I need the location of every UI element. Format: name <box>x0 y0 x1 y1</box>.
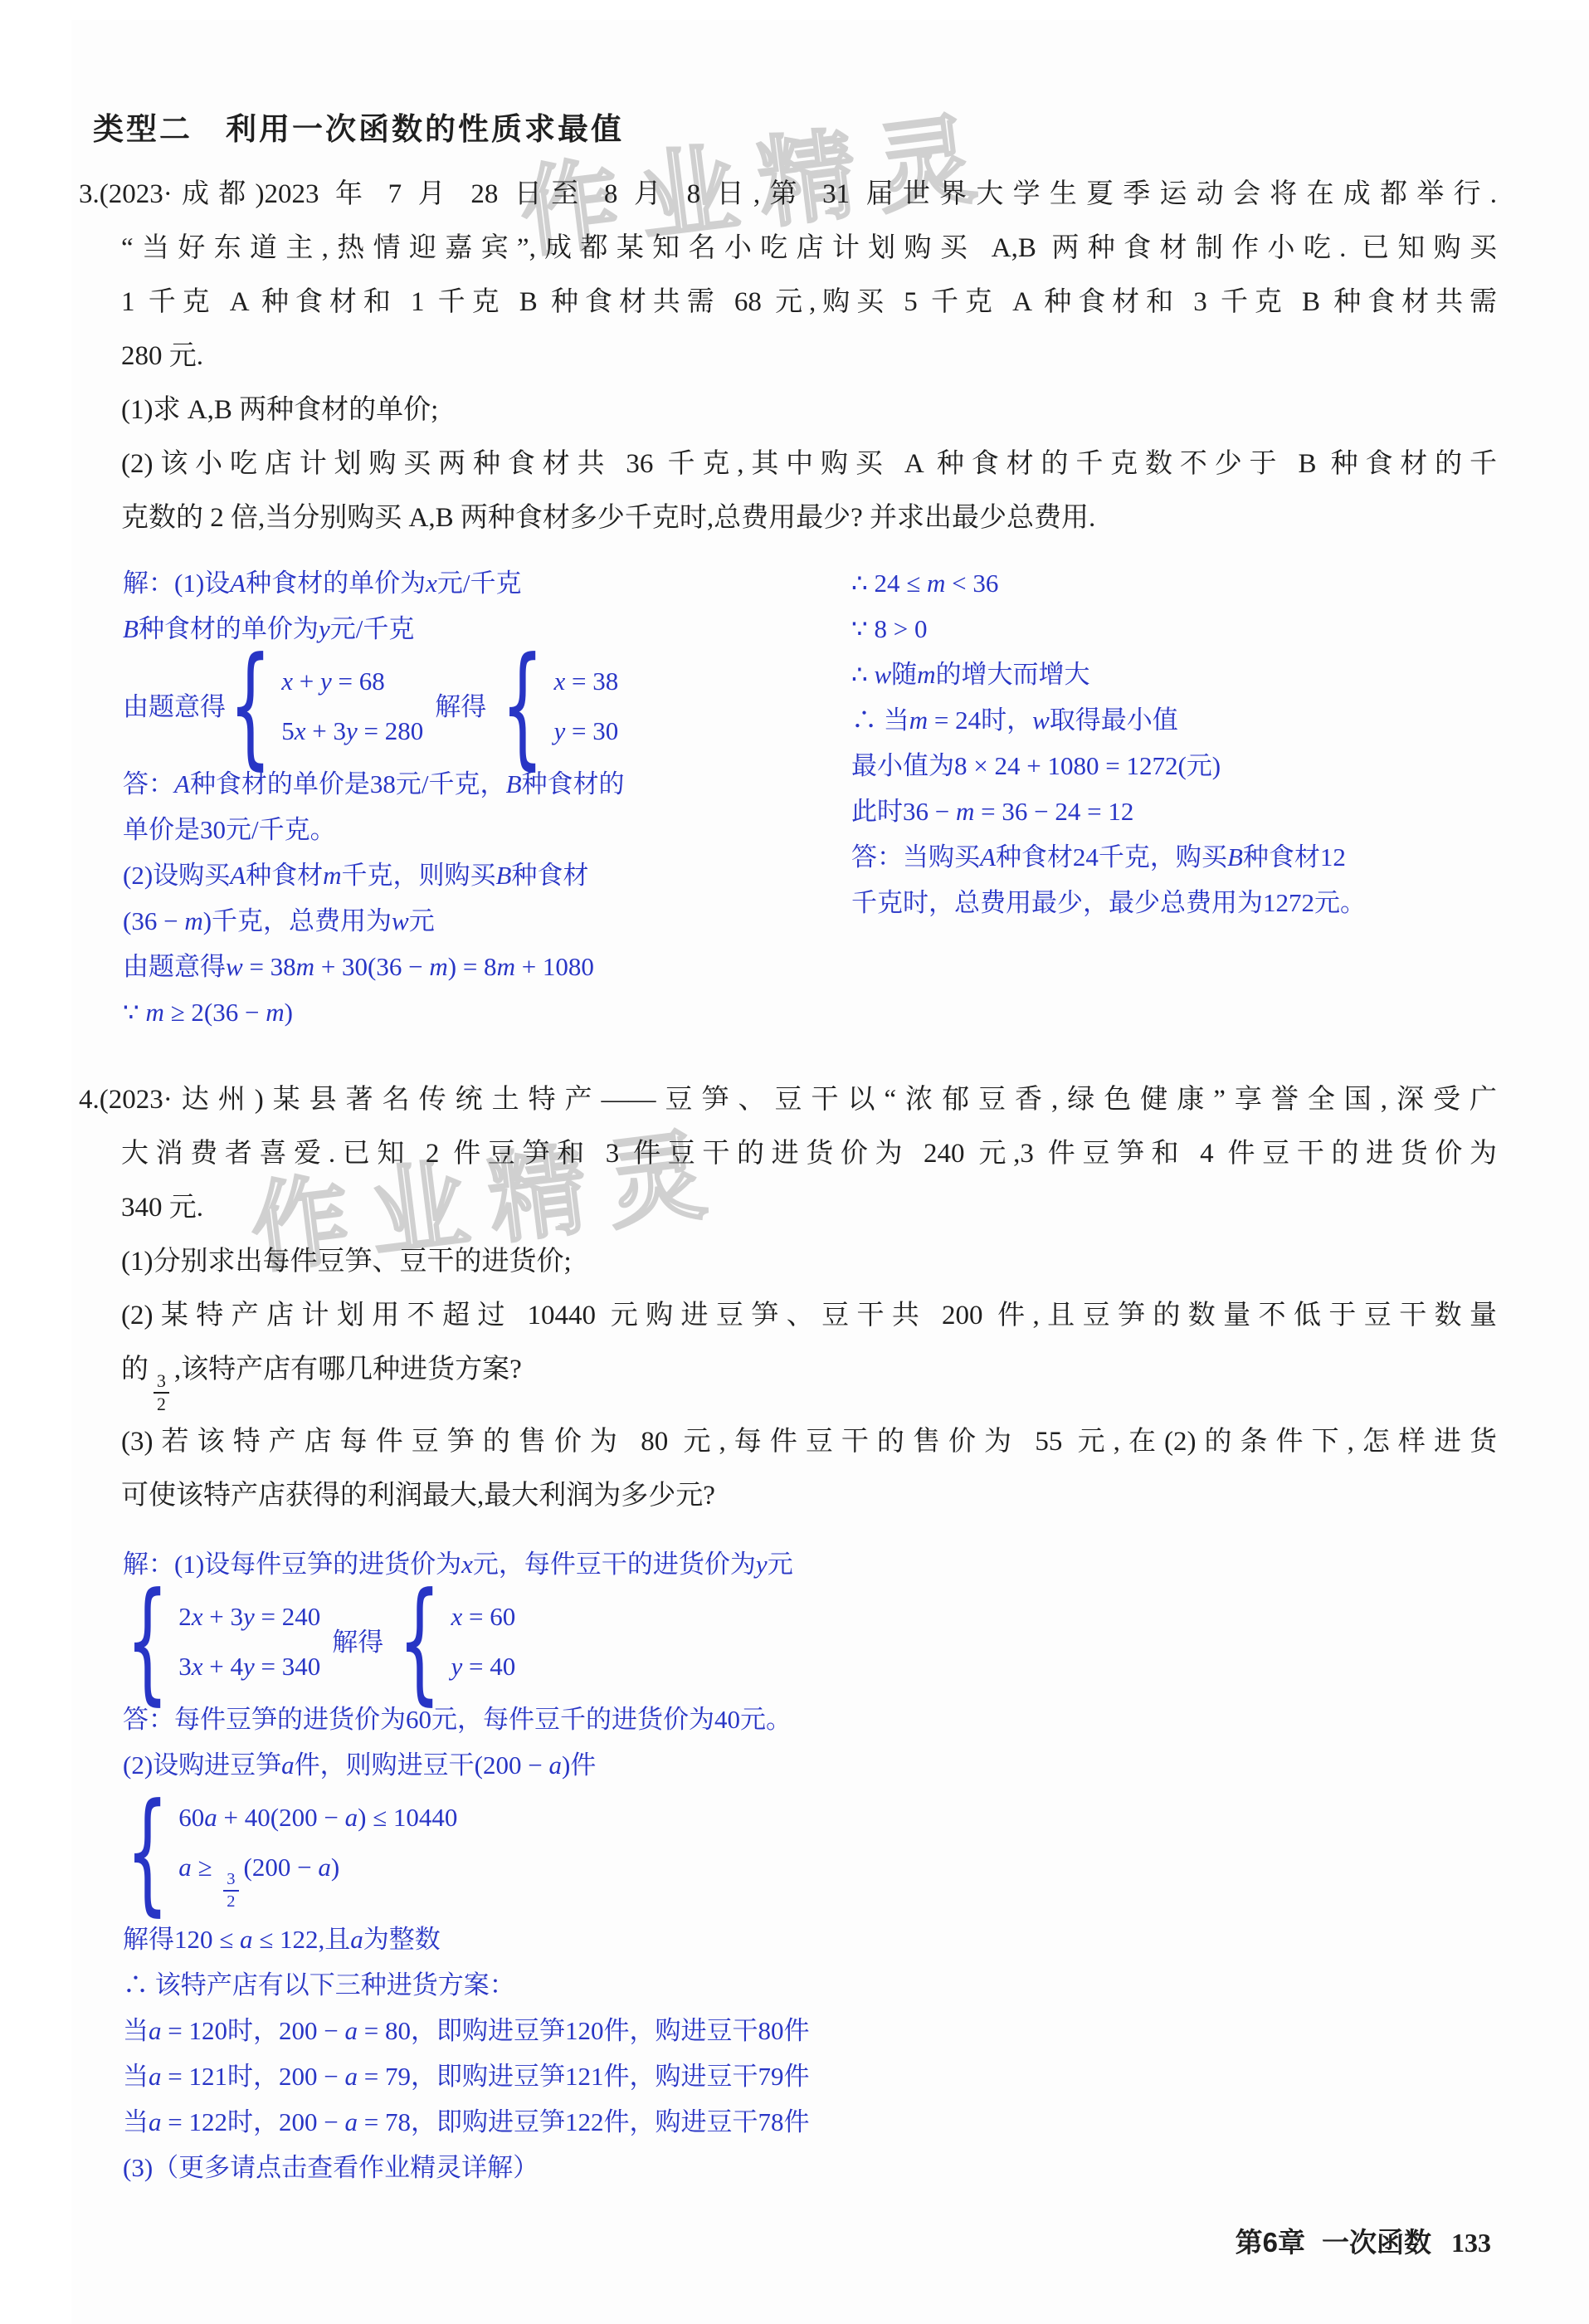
equation-row: y = 40 <box>451 1642 516 1692</box>
section-heading: 类型二 利用一次函数的性质求最值 <box>93 108 1497 151</box>
left-brace-icon: { <box>501 640 543 772</box>
solution-line: 当a = 121时，200 − a = 79，即购进豆笋121件，购进豆干79件 <box>93 2053 1497 2099</box>
left-brace-icon: { <box>398 1576 441 1708</box>
problem-text-line: 3.(2023·成都)2023 年 7 月 28 日至 8 月 8 日,第 31… <box>79 168 1497 222</box>
problem-3: 3.(2023·成都)2023 年 7 月 28 日至 8 月 8 日,第 31… <box>93 168 1497 545</box>
solution-line: 答：A种食材的单价是38元/千克，B种食材的 <box>93 761 821 807</box>
solution-line: 单价是30元/千克。 <box>93 807 821 852</box>
problem-text-line: 4.(2023·达州)某县著名传统土特产——豆笋、豆干以“浓郁豆香,绿色健康”享… <box>79 1073 1497 1127</box>
system-label: 解得 <box>332 1619 383 1665</box>
problem-3-solution-right-column: ∴ 24 ≤ m < 36∵ 8 > 0∴ w随m的增大而增大∴ 当m = 24… <box>821 560 1497 1035</box>
solution-line: 由题意得w = 38m + 30(36 − m) = 8m + 1080 <box>93 944 821 989</box>
equation-row: 60a + 40(200 − a) ≤ 10440 <box>178 1793 457 1843</box>
solution-line: 解：(1)设每件豆笋的进货价为x元，每件豆干的进货价为y元 <box>93 1541 1497 1587</box>
equation-row: 2x + 3y = 240 <box>178 1592 320 1642</box>
problem-text-line: (2)某特产店计划用不超过 10440 元购进豆笋、豆干共 200 件,且豆笋的… <box>93 1289 1497 1343</box>
problem-text-line: (2)该小吃店计划购买两种食材共 36 千克,其中购买 A 种食材的千克数不少于… <box>93 437 1497 491</box>
page-footer: 第6章 一次函数 133 <box>1236 2226 1491 2259</box>
problem-text-line: “当好东道主,热情迎嘉宾”,成都某知名小吃店计划购买 A,B 两种食材制作小吃.… <box>93 222 1497 276</box>
solution-line: ∴ 该特产店有以下三种进货方案： <box>93 1962 1497 2008</box>
problem-4: 4.(2023·达州)某县著名传统土特产——豆笋、豆干以“浓郁豆香,绿色健康”享… <box>93 1073 1497 1523</box>
left-brace-icon: { <box>126 1576 168 1708</box>
equation-row: x + y = 68 <box>281 657 423 706</box>
equation-row: a ≥ 32(200 − a) <box>178 1843 457 1911</box>
solution-line: (36 − m)千克，总费用为w元 <box>93 898 821 944</box>
solution-line: 答：每件豆笋的进货价为60元，每件豆千的进货价为40元。 <box>93 1697 1497 1742</box>
equation-system: {60a + 40(200 − a) ≤ 10440a ≥ 32(200 − a… <box>93 1793 1497 1911</box>
problem-4-solution: 解：(1)设每件豆笋的进货价为x元，每件豆干的进货价为y元{2x + 3y = … <box>93 1541 1497 2190</box>
problem-text-line: 克数的 2 倍,当分别购买 A,B 两种食材多少千克时,总费用最少? 并求出最少… <box>93 491 1497 545</box>
equation-group: {x + y = 685x + 3y = 280 <box>226 657 423 756</box>
problem-text-line: (3)若该特产店每件豆笋的售价为 80 元,每件豆干的售价为 55 元,在(2)… <box>93 1415 1497 1469</box>
fraction: 32 <box>223 1869 238 1911</box>
solution-line: ∵ m ≥ 2(36 − m) <box>93 989 821 1035</box>
fraction: 32 <box>154 1370 169 1415</box>
problem-text-line: 的32,该特产店有哪几种进货方案? <box>93 1343 1497 1415</box>
problem-text-line: (1)求 A,B 两种食材的单价; <box>93 383 1497 437</box>
solution-line: 最小值为8 × 24 + 1080 = 1272(元) <box>821 743 1497 788</box>
textbook-page: 类型二 利用一次函数的性质求最值 3.(2023·成都)2023 年 7 月 2… <box>93 0 1497 2190</box>
solution-line: ∴ 24 ≤ m < 36 <box>821 560 1497 606</box>
footer-page-number: 133 <box>1451 2226 1491 2259</box>
left-brace-icon: { <box>126 1786 168 1918</box>
solution-line: 当a = 122时，200 − a = 78，即购进豆笋122件，购进豆干78件 <box>93 2099 1497 2145</box>
footer-section: 一次函数 <box>1322 2226 1431 2259</box>
equation-group: {60a + 40(200 − a) ≤ 10440a ≥ 32(200 − a… <box>123 1793 457 1911</box>
problem-text-line: 大消费者喜爱.已知 2 件豆笋和 3 件豆干的进货价为 240 元,3 件豆笋和… <box>93 1127 1497 1181</box>
equation-group: {x = 60y = 40 <box>395 1592 515 1692</box>
solution-line: ∴ 当m = 24时，w取得最小值 <box>821 697 1497 743</box>
system-label: 解得 <box>435 684 486 730</box>
equation-system: {2x + 3y = 2403x + 4y = 340解得{x = 60y = … <box>93 1592 1497 1692</box>
problem-text-line: 1 千克 A 种食材和 1 千克 B 种食材共需 68 元,购买 5 千克 A … <box>93 276 1497 330</box>
equation-row: x = 38 <box>554 657 619 706</box>
problem-3-solution: 解：(1)设A种食材的单价为x元/千克B种食材的单价为y元/千克由题意得{x +… <box>93 560 1497 1035</box>
solution-line: 答：当购买A种食材24千克，购买B种食材12 <box>821 834 1497 880</box>
solution-line: 千克时，总费用最少，最少总费用为1272元。 <box>821 880 1497 925</box>
solution-line: (2)设购买A种食材m千克，则购买B种食材 <box>93 852 821 898</box>
system-label: 由题意得 <box>123 684 226 730</box>
equation-group: {x = 38y = 30 <box>498 657 618 756</box>
solution-line: 当a = 120时，200 − a = 80，即购进豆笋120件，购进豆干80件 <box>93 2008 1497 2053</box>
solution-line: 解得120 ≤ a ≤ 122,且a为整数 <box>93 1916 1497 1962</box>
solution-line: B种食材的单价为y元/千克 <box>93 606 821 652</box>
footer-chapter: 第6章 <box>1236 2226 1305 2259</box>
equation-system: 由题意得{x + y = 685x + 3y = 280解得{x = 38y =… <box>93 657 821 756</box>
problem-text-line: 280 元. <box>93 330 1497 383</box>
problem-text-line: 可使该特产店获得的利润最大,最大利润为多少元? <box>93 1469 1497 1523</box>
solution-more-link[interactable]: (3)（更多请点击查看作业精灵详解） <box>93 2145 1497 2190</box>
solution-line: ∵ 8 > 0 <box>821 606 1497 652</box>
equation-row: x = 60 <box>451 1592 516 1642</box>
solution-line: (2)设购进豆笋a件，则购进豆干(200 − a)件 <box>93 1742 1497 1788</box>
solution-line: ∴ w随m的增大而增大 <box>821 652 1497 697</box>
equation-group: {2x + 3y = 2403x + 4y = 340 <box>123 1592 320 1692</box>
problem-text-line: (1)分别求出每件豆笋、豆干的进货价; <box>93 1235 1497 1289</box>
solution-line: 此时36 − m = 36 − 24 = 12 <box>821 788 1497 834</box>
solution-line: 解：(1)设A种食材的单价为x元/千克 <box>93 560 821 606</box>
problem-text-line: 340 元. <box>93 1181 1497 1235</box>
problem-3-solution-left-column: 解：(1)设A种食材的单价为x元/千克B种食材的单价为y元/千克由题意得{x +… <box>93 560 821 1035</box>
equation-row: 3x + 4y = 340 <box>178 1642 320 1692</box>
equation-row: y = 30 <box>554 706 619 756</box>
left-brace-icon: { <box>229 640 271 772</box>
equation-row: 5x + 3y = 280 <box>281 706 423 756</box>
